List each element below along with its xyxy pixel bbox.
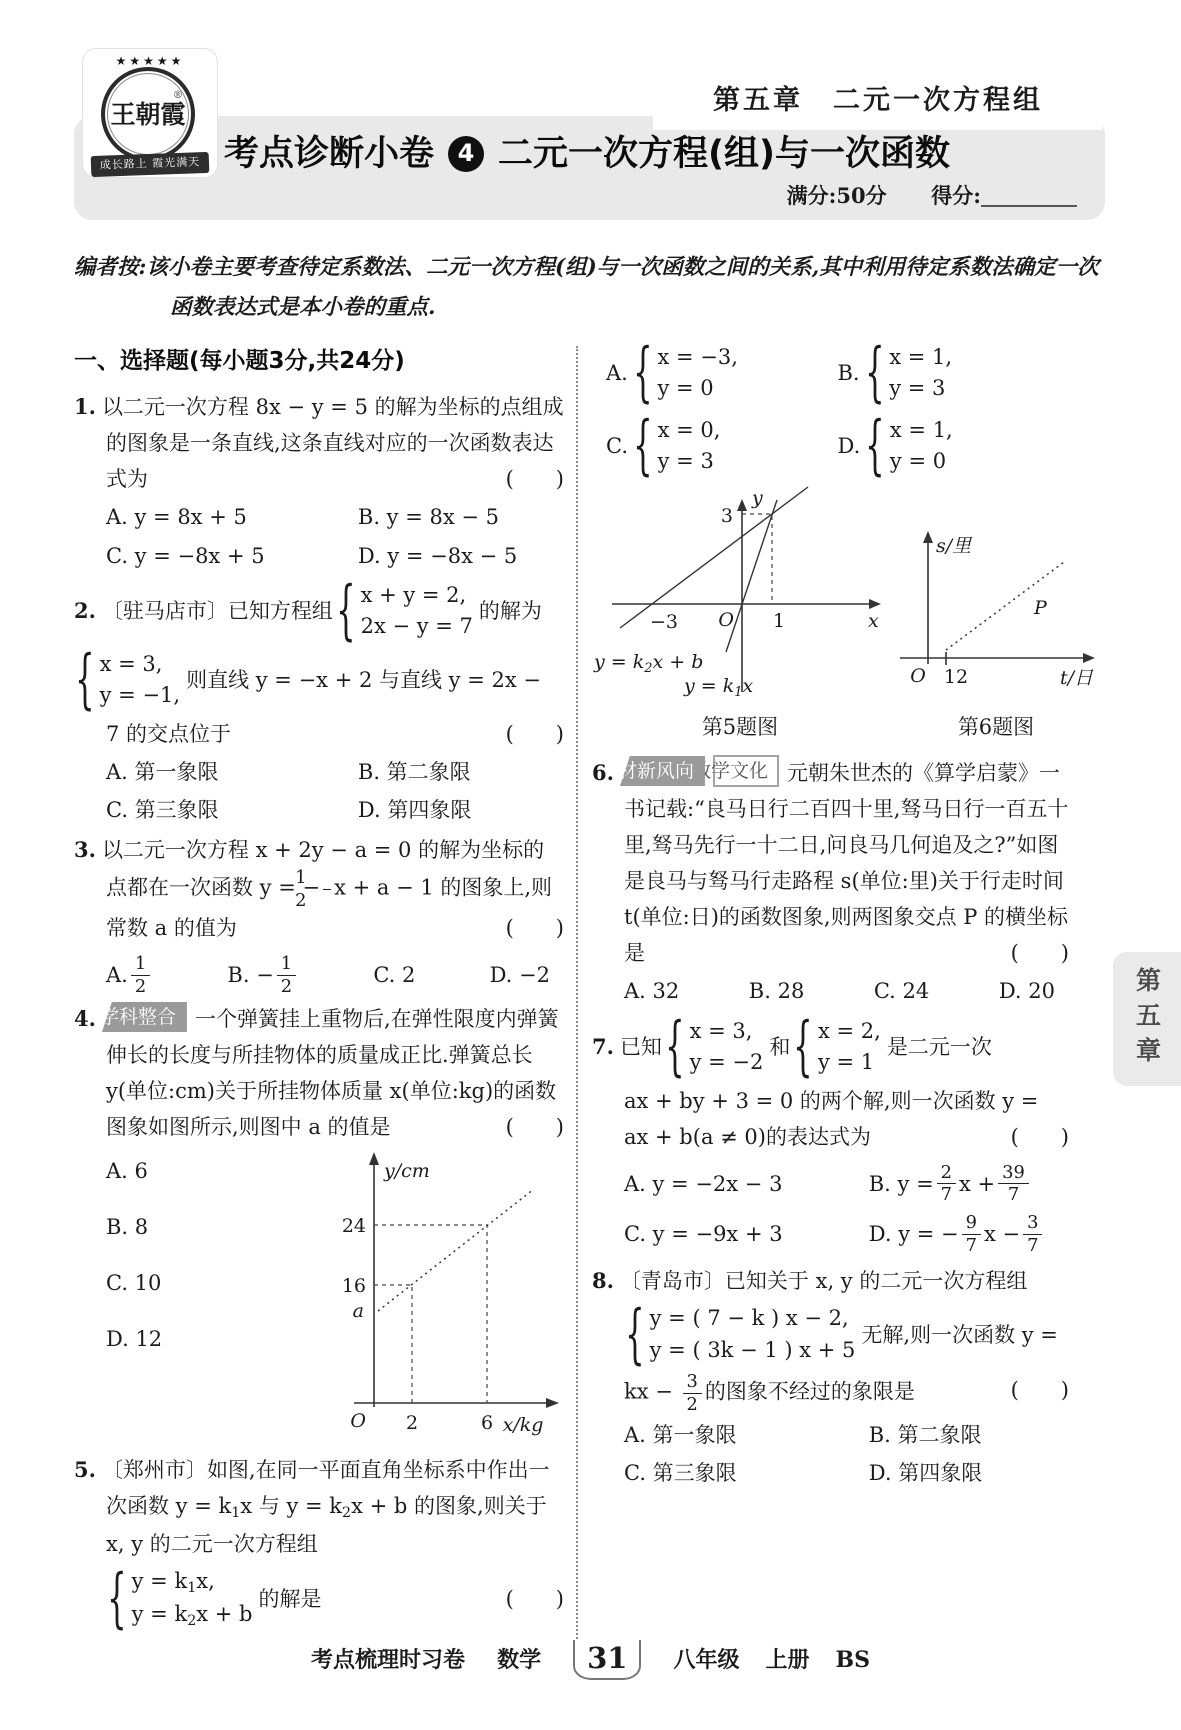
option: A.{x = −3,y = 0 bbox=[606, 340, 838, 407]
question-5: 5.〔郑州市〕如图,在同一平面直角坐标系中作出一次函数 y = k1x 与 y … bbox=[74, 1452, 564, 1635]
figure-caption: 第6题图 bbox=[888, 709, 1104, 745]
option: C. 第三象限 bbox=[624, 1455, 869, 1491]
option: B. 第二象限 bbox=[358, 754, 564, 790]
footer-publisher: BS bbox=[835, 1642, 869, 1680]
option: D. 第四象限 bbox=[869, 1455, 1069, 1491]
answer-bracket: ( ) bbox=[538, 461, 564, 497]
tick-neg3: −3 bbox=[650, 611, 678, 633]
option: C.{x = 0,y = 3 bbox=[606, 413, 838, 480]
option: C. 24 bbox=[874, 973, 929, 1009]
equation-system: {x = 1,y = 0 bbox=[864, 415, 952, 478]
t-axis-label: t/日 bbox=[1060, 667, 1094, 689]
chapter-tab-label: 第五章 二元一次方程组 bbox=[713, 78, 1043, 124]
equation-system: {x = 3,y = −2 bbox=[664, 1016, 763, 1079]
question-7: 7. 已知 {x = 3,y = −2 和 {x = 2,y = 1 是二元一次… bbox=[592, 1014, 1069, 1256]
option: C. y = −9x + 3 bbox=[624, 1213, 869, 1255]
y-axis-label: y/cm bbox=[383, 1160, 430, 1182]
brace-icon: { bbox=[625, 1303, 644, 1368]
fraction: 27 bbox=[937, 1163, 956, 1205]
math-culture-badge: 数学文化 bbox=[713, 755, 779, 788]
q6-options: A. 32 B. 28 C. 24 D. 20 bbox=[592, 973, 1069, 1009]
brace-icon: { bbox=[633, 414, 652, 479]
origin-label: O bbox=[350, 1410, 366, 1432]
option: B. 28 bbox=[749, 973, 805, 1009]
q8-number: 8. bbox=[592, 1268, 614, 1293]
fraction: 37 bbox=[1023, 1213, 1042, 1255]
tick-3: 3 bbox=[721, 505, 733, 527]
origin-label: O bbox=[910, 665, 926, 687]
equation-system: {x = −3,y = 0 bbox=[632, 342, 738, 405]
tick-24: 24 bbox=[342, 1215, 366, 1237]
score-label: 得分: bbox=[931, 183, 981, 208]
option: D. −2 bbox=[490, 954, 550, 996]
footer-volume: 上册 bbox=[765, 1642, 809, 1680]
answer-bracket: ( ) bbox=[1043, 935, 1069, 971]
chapter-side-tab-label: 第五章 bbox=[1126, 967, 1169, 1072]
s-axis-label: s/里 bbox=[936, 535, 973, 557]
brace-icon: { bbox=[793, 1015, 812, 1080]
tick-a: a bbox=[353, 1300, 364, 1322]
answer-bracket: ( ) bbox=[506, 716, 564, 752]
option: A. y = 8x + 5 bbox=[106, 499, 358, 535]
workbook-page: 第五章 二元一次方程组 考点诊断小卷 4 二元一次方程(组)与一次函数 满分:5… bbox=[0, 0, 1181, 1730]
fraction: 12 bbox=[277, 954, 296, 996]
quiz-title-main: 二元一次方程(组)与一次函数 bbox=[498, 124, 950, 184]
tick-1: 1 bbox=[773, 610, 785, 632]
chapter-tab: 第五章 二元一次方程组 bbox=[653, 72, 1103, 130]
registered-mark-icon: ® bbox=[173, 87, 183, 104]
q8-line1: 8.〔青岛市〕已知关于 x, y 的二元一次方程组 bbox=[592, 1263, 1069, 1299]
q8-system-line: {y = ( 7 − k ) x − 2,y = ( 3k − 1 ) x + … bbox=[592, 1301, 1069, 1368]
left-column: 一、选择题(每小题3分,共24分) 1.以二元一次方程 8x − y = 5 的… bbox=[74, 340, 564, 1639]
option: B.{x = 1,y = 3 bbox=[838, 340, 1070, 407]
option: B. y = 27x + 397 bbox=[869, 1163, 1069, 1205]
tick-2: 2 bbox=[406, 1412, 418, 1434]
q2-line3: 7 的交点位于( ) bbox=[74, 716, 564, 752]
q4-number: 4. bbox=[74, 1006, 96, 1031]
option: A. 32 bbox=[624, 973, 679, 1009]
q1-number: 1. bbox=[74, 394, 96, 419]
q6-number: 6. bbox=[592, 760, 614, 785]
logo-circle: 王朝霞 ® bbox=[101, 67, 195, 161]
q7-options-cd: C. y = −9x + 3 D. y = −97x − 37 bbox=[592, 1213, 1069, 1255]
full-score-label: 满分:50分 bbox=[787, 183, 887, 208]
q8-options-ab: A. 第一象限 B. 第二象限 bbox=[592, 1417, 1069, 1453]
equation-system: {x = 2,y = 1 bbox=[792, 1016, 880, 1079]
q7-line2: ax + by + 3 = 0 的两个解,则一次函数 y = bbox=[592, 1083, 1069, 1119]
publisher-logo: ★★★★★ 王朝霞 ® 成长路上 霞光满天 bbox=[82, 48, 218, 178]
option: C. y = −8x + 5 bbox=[106, 538, 358, 574]
option: C. 第三象限 bbox=[106, 792, 358, 828]
cross-subject-badge: 跨学科整合 bbox=[102, 1002, 187, 1033]
figure-caption: 第5题图 bbox=[592, 709, 888, 745]
answer-bracket: ( ) bbox=[506, 1581, 564, 1617]
q3-options: A.12 B. −12 C. 2 D. −2 bbox=[74, 954, 564, 996]
x-label: x bbox=[868, 610, 879, 632]
option: B. 8 bbox=[106, 1209, 162, 1245]
brace-icon: { bbox=[665, 1015, 684, 1080]
q1-text: 1.以二元一次方程 8x − y = 5 的解为坐标的点组成的图象是一条直线,这… bbox=[74, 389, 564, 497]
brace-icon: { bbox=[865, 414, 884, 479]
line1-label: y = k1x bbox=[683, 675, 754, 698]
option: A. 第一象限 bbox=[106, 754, 358, 790]
tick-6: 6 bbox=[481, 1412, 493, 1434]
q2-line1: 2. 〔驻马店市〕已知方程组 {x + y = 2,2x − y = 7 的解为 bbox=[74, 578, 564, 645]
page-number-book-icon: 31 bbox=[573, 1640, 641, 1680]
q2-number: 2. bbox=[74, 593, 96, 629]
brace-icon: { bbox=[633, 341, 652, 406]
brace-icon: { bbox=[865, 341, 884, 406]
section-heading: 一、选择题(每小题3分,共24分) bbox=[74, 342, 564, 382]
option: A. 6 bbox=[106, 1153, 162, 1189]
q8-line3: kx − 32的图象不经过的象限是( ) bbox=[592, 1372, 1069, 1414]
equation-system: {y = k1x,y = k2x + b bbox=[106, 1566, 253, 1633]
option: D. 12 bbox=[106, 1321, 162, 1357]
editor-note-text: 该小卷主要考查待定系数法、二元一次方程(组)与一次函数之间的关系,其中利用待定系… bbox=[146, 255, 1098, 320]
equation-system: {y = ( 7 − k ) x − 2,y = ( 3k − 1 ) x + … bbox=[624, 1303, 855, 1366]
fraction: 397 bbox=[998, 1163, 1029, 1205]
brace-icon: { bbox=[107, 1567, 126, 1632]
fraction: 97 bbox=[962, 1213, 981, 1255]
equation-system: {x + y = 2,2x − y = 7 bbox=[335, 580, 473, 643]
quiz-title: 考点诊断小卷 4 二元一次方程(组)与一次函数 bbox=[224, 124, 950, 184]
question-4: 4.跨学科整合一个弹簧挂上重物后,在弹性限度内弹簧伸长的长度与所挂物体的质量成正… bbox=[74, 1001, 564, 1449]
option: B. 第二象限 bbox=[869, 1417, 1069, 1453]
new-trend-badge: 选材新风向 bbox=[620, 756, 705, 787]
editor-note: 编者按:该小卷主要考查待定系数法、二元一次方程(组)与一次函数之间的关系,其中利… bbox=[74, 248, 1105, 328]
q2-line2: {x = 3,y = −1, 则直线 y = −x + 2 与直线 y = 2x… bbox=[74, 647, 564, 714]
q3-number: 3. bbox=[74, 837, 96, 862]
score-line: 满分:50分 得分: bbox=[787, 178, 1077, 214]
column-divider bbox=[576, 346, 578, 1639]
q6-figure: s/里 P O 12 t/日 第6题图 bbox=[888, 516, 1104, 745]
equation-system: {x = 0,y = 3 bbox=[632, 415, 720, 478]
option: D.{x = 1,y = 0 bbox=[838, 413, 1070, 480]
tick-16: 16 bbox=[342, 1275, 366, 1297]
score-blank-line bbox=[981, 184, 1077, 207]
q2-options-cd: C. 第三象限 D. 第四象限 bbox=[74, 792, 564, 828]
q7-options-ab: A. y = −2x − 3 B. y = 27x + 397 bbox=[592, 1163, 1069, 1205]
page-footer: 考点梳理时习卷 数学 31 八年级 上册 BS bbox=[0, 1640, 1181, 1680]
footer-subject: 数学 bbox=[497, 1642, 541, 1680]
option: A.12 bbox=[106, 954, 153, 996]
brace-icon: { bbox=[75, 648, 94, 713]
q5-number: 5. bbox=[74, 1457, 96, 1482]
x-axis-label: x/kg bbox=[503, 1414, 544, 1436]
footer-series: 考点梳理时习卷 bbox=[311, 1642, 465, 1680]
spring-graph-svg: y/cm 24 16 a O 2 6 x/kg bbox=[326, 1145, 564, 1437]
q6-figure-svg: s/里 P O 12 t/日 bbox=[888, 516, 1104, 698]
q5-figure-svg: y 3 −3 O 1 x y = k2x + b y = k1x bbox=[592, 486, 888, 698]
question-1: 1.以二元一次方程 8x − y = 5 的解为坐标的点组成的图象是一条直线,这… bbox=[74, 389, 564, 574]
q6-text: 6.选材新风向数学文化元朝朱世杰的《算学启蒙》一书记载:“良马日行二百四十里,驽… bbox=[592, 755, 1069, 972]
y-label: y bbox=[751, 487, 763, 509]
q5-options: A.{x = −3,y = 0 B.{x = 1,y = 3 C.{x = 0,… bbox=[592, 340, 1069, 480]
q5-text: 5.〔郑州市〕如图,在同一平面直角坐标系中作出一次函数 y = k1x 与 y … bbox=[74, 1452, 564, 1562]
q7-line3: ax + b(a ≠ 0)的表达式为( ) bbox=[592, 1119, 1069, 1155]
origin-label: O bbox=[718, 609, 734, 631]
question-6: 6.选材新风向数学文化元朝朱世杰的《算学启蒙》一书记载:“良马日行二百四十里,驽… bbox=[592, 755, 1069, 1010]
option: D. y = −97x − 37 bbox=[869, 1213, 1069, 1255]
option: C. 2 bbox=[373, 954, 415, 996]
fraction: 32 bbox=[683, 1372, 702, 1414]
q5-system-line: {y = k1x,y = k2x + b 的解是 ( ) bbox=[74, 1564, 564, 1635]
q2-options-ab: A. 第一象限 B. 第二象限 bbox=[74, 754, 564, 790]
figure-row: y 3 −3 O 1 x y = k2x + b y = k1x 第5题图 bbox=[592, 486, 1065, 745]
q1-options-cd: C. y = −8x + 5 D. y = −8x − 5 bbox=[74, 538, 564, 574]
q7-line1: 7. 已知 {x = 3,y = −2 和 {x = 2,y = 1 是二元一次 bbox=[592, 1014, 1069, 1081]
option: D. 20 bbox=[999, 973, 1055, 1009]
option: A. 第一象限 bbox=[624, 1417, 869, 1453]
title-banner: 考点诊断小卷 4 二元一次方程(组)与一次函数 满分:50分 得分: bbox=[74, 116, 1105, 220]
footer-grade: 八年级 bbox=[673, 1642, 739, 1680]
point-p-label: P bbox=[1033, 597, 1048, 619]
equation-system: {x = 3,y = −1, bbox=[74, 649, 180, 712]
chapter-side-tab: 第五章 bbox=[1113, 952, 1181, 1086]
tick-12: 12 bbox=[944, 666, 968, 688]
q7-number: 7. bbox=[592, 1029, 614, 1065]
option: D. y = −8x − 5 bbox=[358, 538, 564, 574]
line2-label: y = k2x + b bbox=[593, 651, 703, 676]
option: C. 10 bbox=[106, 1265, 162, 1301]
option: D. 第四象限 bbox=[358, 792, 564, 828]
q8-options-cd: C. 第三象限 D. 第四象限 bbox=[592, 1455, 1069, 1491]
option: A. y = −2x − 3 bbox=[624, 1163, 869, 1205]
circled-number-icon: 4 bbox=[448, 136, 484, 172]
option: B. −12 bbox=[227, 954, 299, 996]
footer-edition-info: 八年级 上册 BS bbox=[673, 1642, 870, 1680]
question-3: 3.以二元一次方程 x + 2y − a = 0 的解为坐标的点都在一次函数 y… bbox=[74, 832, 564, 997]
page-header: 第五章 二元一次方程组 考点诊断小卷 4 二元一次方程(组)与一次函数 满分:5… bbox=[74, 72, 1105, 224]
q4-body: A. 6 B. 8 C. 10 D. 12 bbox=[74, 1145, 564, 1448]
q4-options: A. 6 B. 8 C. 10 D. 12 bbox=[106, 1153, 162, 1357]
right-column: A.{x = −3,y = 0 B.{x = 1,y = 3 C.{x = 0,… bbox=[592, 340, 1069, 1639]
question-8: 8.〔青岛市〕已知关于 x, y 的二元一次方程组 {y = ( 7 − k )… bbox=[592, 1263, 1069, 1491]
fraction: 12 bbox=[131, 954, 150, 996]
answer-bracket: ( ) bbox=[538, 910, 564, 946]
question-2: 2. 〔驻马店市〕已知方程组 {x + y = 2,2x − y = 7 的解为… bbox=[74, 578, 564, 828]
q4-text: 4.跨学科整合一个弹簧挂上重物后,在弹性限度内弹簧伸长的长度与所挂物体的质量成正… bbox=[74, 1001, 564, 1145]
q3-text: 3.以二元一次方程 x + 2y − a = 0 的解为坐标的点都在一次函数 y… bbox=[74, 832, 564, 946]
quiz-title-prefix: 考点诊断小卷 bbox=[224, 124, 434, 184]
fraction: 12 bbox=[323, 868, 331, 910]
equation-system: {x = 1,y = 3 bbox=[864, 342, 952, 405]
answer-bracket: ( ) bbox=[538, 1109, 564, 1145]
answer-bracket: ( ) bbox=[1011, 1119, 1069, 1155]
editor-note-label: 编者按: bbox=[74, 255, 146, 280]
option: B. y = 8x − 5 bbox=[358, 499, 564, 535]
content-columns: 一、选择题(每小题3分,共24分) 1.以二元一次方程 8x − y = 5 的… bbox=[74, 340, 1069, 1639]
logo-ribbon: 成长路上 霞光满天 bbox=[91, 152, 210, 177]
q4-spring-graph: y/cm 24 16 a O 2 6 x/kg bbox=[326, 1145, 564, 1448]
q1-options-ab: A. y = 8x + 5 B. y = 8x − 5 bbox=[74, 499, 564, 535]
q5-figure: y 3 −3 O 1 x y = k2x + b y = k1x 第5题图 bbox=[592, 486, 888, 745]
brace-icon: { bbox=[336, 579, 355, 644]
answer-bracket: ( ) bbox=[1011, 1372, 1069, 1408]
